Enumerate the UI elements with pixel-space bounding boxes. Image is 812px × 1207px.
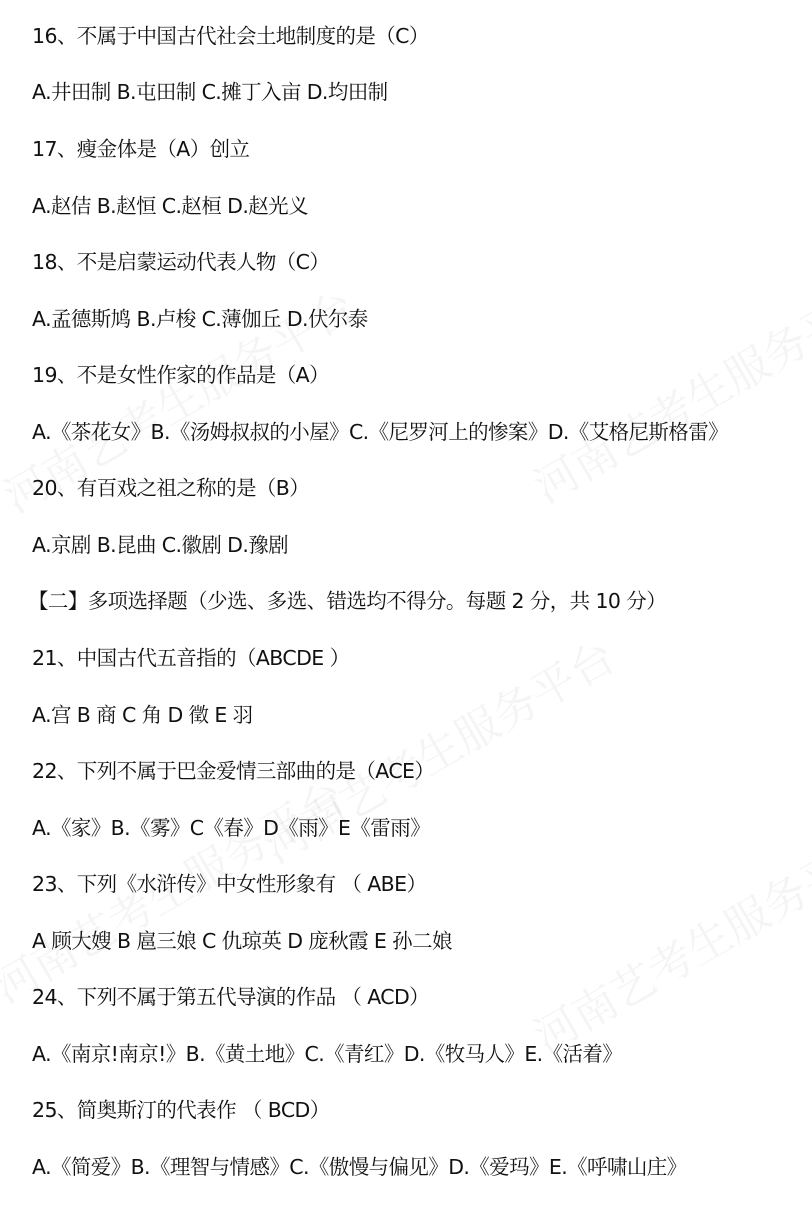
- question-text: 16、不属于中国古代社会土地制度的是（C）: [32, 22, 429, 50]
- question-text: 18、不是启蒙运动代表人物（C）: [32, 248, 329, 276]
- question-text: 20、有百戏之祖之称的是（B）: [32, 474, 309, 502]
- options-text: A.赵佶 B.赵恒 C.赵桓 D.赵光义: [32, 192, 308, 220]
- section-heading: 【二】多项选择题（少选、多选、错选均不得分。每题 2 分，共 10 分）: [28, 587, 666, 615]
- watermark: 河南艺考生服务平台: [520, 262, 812, 515]
- question-text: 25、简奥斯汀的代表作 （ BCD）: [32, 1096, 330, 1124]
- question-text: 22、下列不属于巴金爱情三部曲的是（ACE）: [32, 757, 434, 785]
- options-text: A 顾大嫂 B 扈三娘 C 仇琼英 D 庞秋霞 E 孙二娘: [32, 927, 452, 955]
- question-text: 17、瘦金体是（A）创立: [32, 135, 249, 163]
- options-text: A.《南京!南京!》B.《黄土地》C.《青红》D.《牧马人》E.《活着》: [32, 1040, 622, 1068]
- watermark: 河南艺考生服务平台: [520, 812, 812, 1065]
- options-text: A.《茶花女》B.《汤姆叔叔的小屋》C.《尼罗河上的惨案》D.《艾格尼斯格雷》: [32, 418, 728, 446]
- question-text: 24、下列不属于第五代导演的作品 （ ACD）: [32, 983, 429, 1011]
- options-text: A.《家》B.《雾》C《春》D《雨》E《雷雨》: [32, 814, 430, 842]
- options-text: A.京剧 B.昆曲 C.徽剧 D.豫剧: [32, 531, 288, 559]
- options-text: A.孟德斯鸠 B.卢梭 C.薄伽丘 D.伏尔泰: [32, 305, 368, 333]
- question-text: 21、中国古代五音指的（ABCDE ）: [32, 644, 349, 672]
- options-text: A.《简爱》B.《理智与情感》C.《傲慢与偏见》D.《爱玛》E.《呼啸山庄》: [32, 1153, 687, 1181]
- question-text: 19、不是女性作家的作品是（A）: [32, 361, 329, 389]
- options-text: A.井田制 B.屯田制 C.摊丁入亩 D.均田制: [32, 78, 388, 106]
- question-text: 23、下列《水浒传》中女性形象有 （ ABE）: [32, 870, 426, 898]
- options-text: A.宫 B 商 C 角 D 徵 E 羽: [32, 701, 253, 729]
